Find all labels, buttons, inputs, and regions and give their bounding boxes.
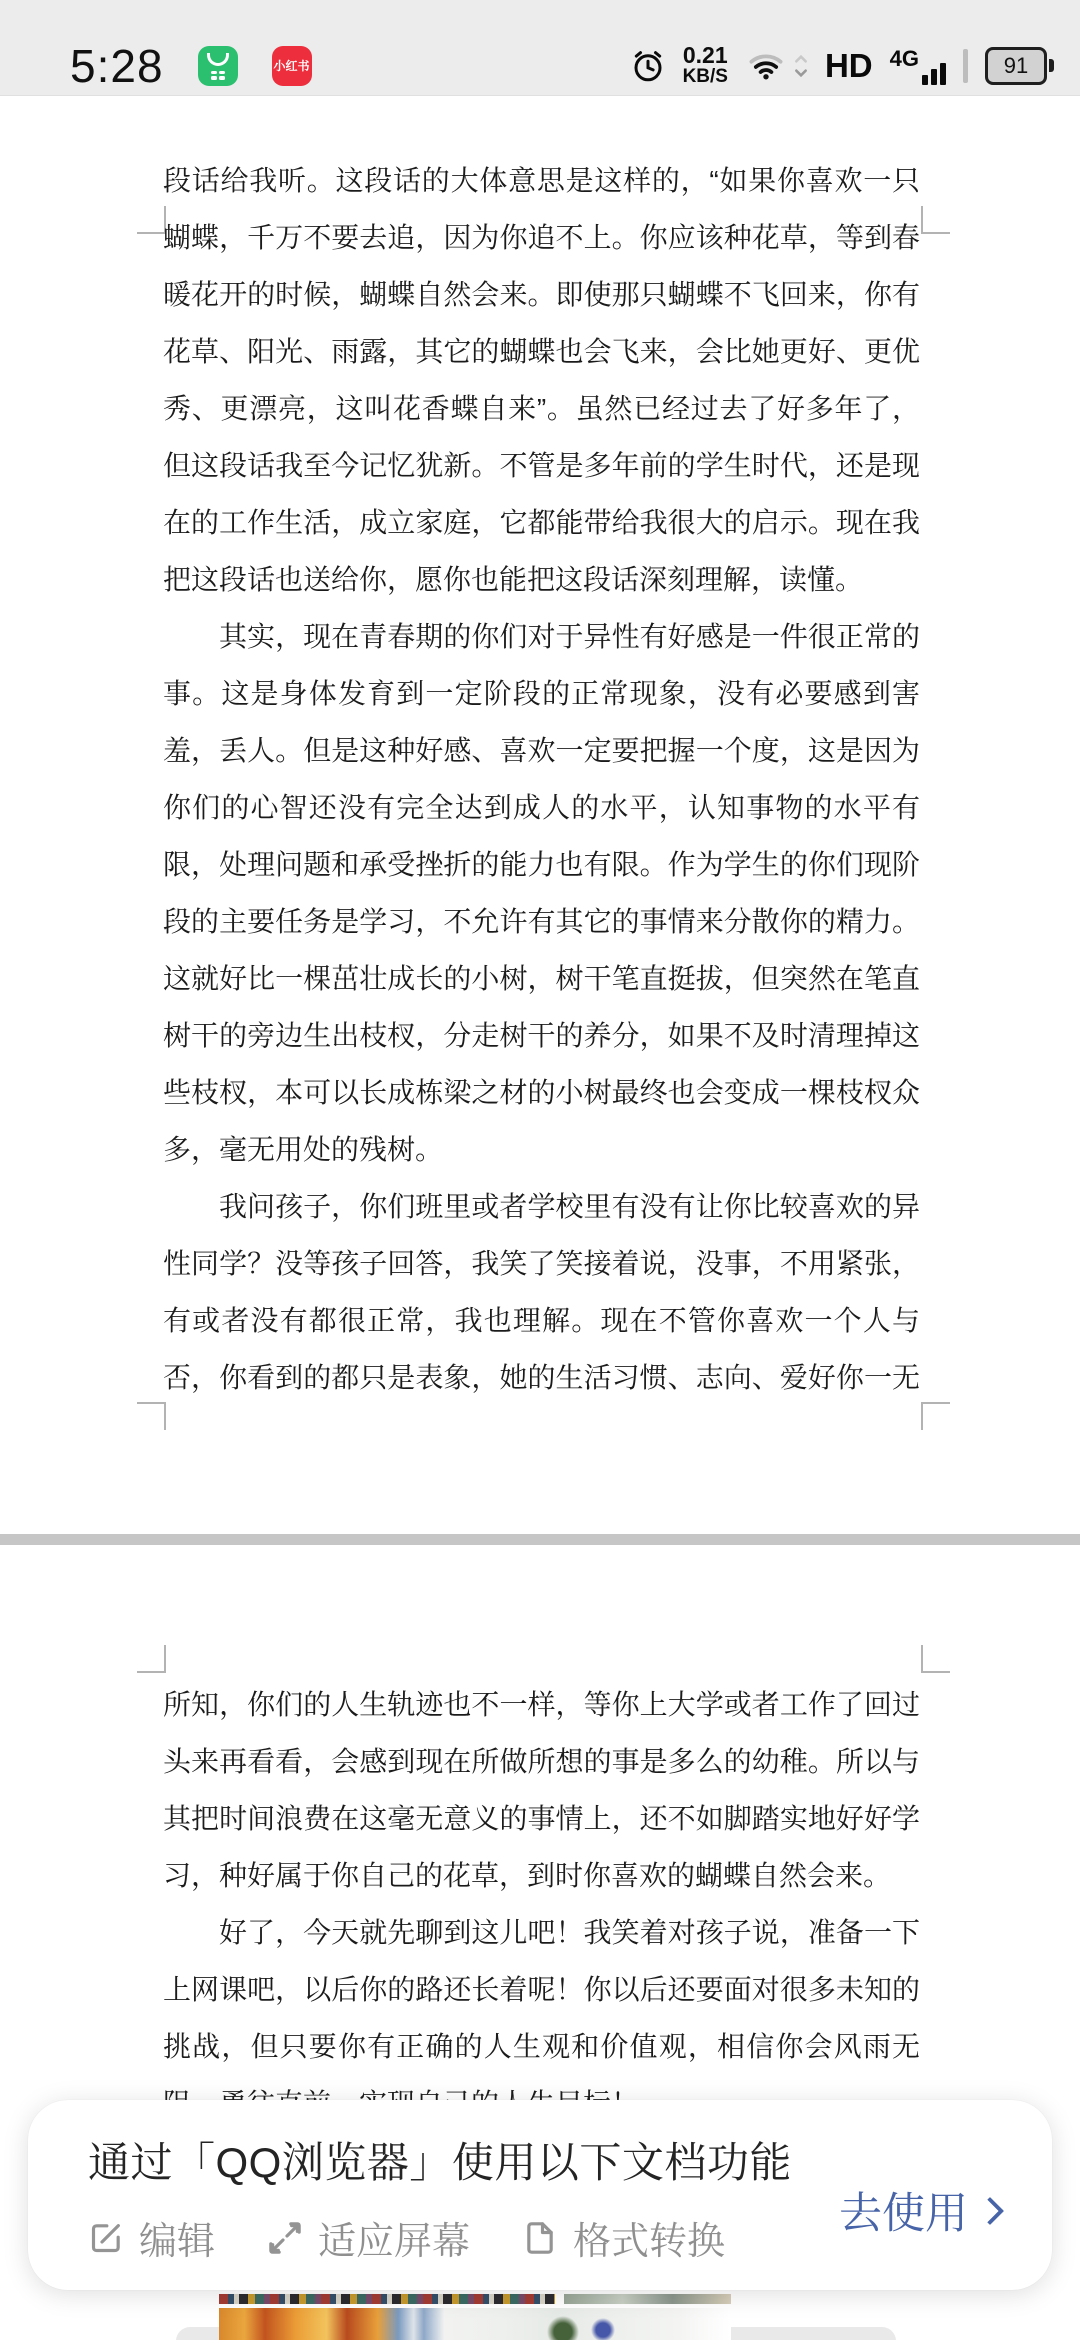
embedded-photo-strip-1 [219,2294,555,2304]
doc-line: 但这段话我至今记忆犹新。不管是多年前的学生时代，还是现 [163,437,920,494]
battery-level: 91 [985,47,1047,85]
format-convert-label: 格式转换 [573,2210,725,2265]
cellular-signal: 4G [890,46,946,85]
edit-label: 编辑 [139,2210,215,2265]
page1-text: 段话给我听。这段话的大体意思是这样的，“如果你喜欢一只蝴蝶，千万不要去追，因为你… [163,152,920,1406]
clock-time: 5:28 [70,39,164,93]
document-page-1: 段话给我听。这段话的大体意思是这样的，“如果你喜欢一只蝴蝶，千万不要去追，因为你… [0,96,1080,1534]
doc-line: 事。这是身体发育到一定阶段的正常现象，没有必要感到害 [163,665,920,722]
doc-line: 蝴蝶，千万不要去追，因为你追不上。你应该种花草，等到春 [163,209,920,266]
battery-nub [1049,59,1054,72]
status-bar: 5:28 小红书 0.21 KB/S [0,0,1080,96]
doc-line: 头来再看看，会感到现在所做所想的事是多么的幼稚。所以与 [163,1733,920,1790]
screen: 5:28 小红书 0.21 KB/S [0,0,1080,2340]
doc-line: 这就好比一棵茁壮成长的小树，树干笔直挺拔，但突然在笔直 [163,950,920,1007]
network-speed: 0.21 KB/S [683,44,728,87]
edit-button[interactable]: 编辑 [86,2210,215,2265]
doc-line: 秀、更漂亮，这叫花香蝶自来”。虽然已经过去了好多年了， [163,380,920,437]
margin-mark-top-left [137,1645,166,1673]
margin-mark-bottom-right [921,1402,950,1430]
doc-line: 我问孩子，你们班里或者学校里有没有让你比较喜欢的异 [163,1178,920,1235]
page-gap [0,1534,1080,1545]
xiaohongshu-notification-icon: 小红书 [272,46,312,86]
sheet-title: 通过「QQ浏览器」使用以下文档功能 [88,2130,792,2190]
doc-line: 有或者没有都很正常，我也理解。现在不管你喜欢一个人与 [163,1292,920,1349]
go-use-button[interactable]: 去使用 [839,2180,1000,2241]
signal-bars-icon [922,63,946,85]
doc-line: 上网课吧，以后你的路还长着呢！你以后还要面对很多未知的 [163,1961,920,2018]
margin-mark-bottom-left [137,1402,166,1430]
doc-line: 把这段话也送给你，愿你也能把这段话深刻理解，读懂。 [163,551,920,608]
feature-row: 编辑 适应屏幕 格式转换 [86,2210,725,2265]
doc-line: 树干的旁边生出枝杈，分走树干的养分，如果不及时清理掉这 [163,1007,920,1064]
margin-mark-top-left [137,206,166,234]
battery-indicator: 91 [985,47,1054,85]
doc-line: 所知，你们的人生轨迹也不一样，等你上大学或者工作了回过 [163,1676,920,1733]
status-bar-right: 0.21 KB/S HD 4G 91 [630,44,1054,87]
wifi-icon [745,47,787,85]
format-convert-button[interactable]: 格式转换 [520,2210,725,2265]
doc-line: 性同学？没等孩子回答，我笑了笑接着说，没事，不用紧张， [163,1235,920,1292]
doc-line: 段的主要任务是学习，不允许有其它的事情来分散你的精力。 [163,893,920,950]
fit-screen-label: 适应屏幕 [318,2210,470,2265]
margin-mark-top-right [921,1645,950,1673]
doc-line: 其实，现在青春期的你们对于异性有好感是一件很正常的 [163,608,920,665]
doc-line: 限，处理问题和承受挫折的能力也有限。作为学生的你们现阶 [163,836,920,893]
page2-text: 所知，你们的人生轨迹也不一样，等你上大学或者工作了回过头来再看看，会感到现在所做… [163,1676,920,2132]
margin-mark-top-right [921,206,950,234]
doc-line: 羞，丢人。但是这种好感、喜欢一定要把握一个度，这是因为 [163,722,920,779]
embedded-photo-strip-2 [564,2294,731,2304]
smile-bag-icon [198,46,238,86]
qq-browser-doc-sheet: 通过「QQ浏览器」使用以下文档功能 去使用 编辑 适应屏幕 [28,2100,1052,2290]
doc-line: 花草、阳光、雨露，其它的蝴蝶也会飞来，会比她更好、更优 [163,323,920,380]
green-app-notification-icon [198,46,238,86]
hd-voice-indicator: HD [825,47,873,85]
chevron-right-icon [976,2196,1004,2224]
embedded-photo-bookshelf-plant [219,2308,731,2340]
format-convert-icon [520,2218,560,2258]
doc-line: 挑战，但只要你有正确的人生观和价值观，相信你会风雨无 [163,2018,920,2075]
doc-line: 些枝杈，本可以长成栋梁之材的小树最终也会变成一棵枝杈众 [163,1064,920,1121]
edit-icon [86,2218,126,2258]
go-use-label: 去使用 [839,2180,968,2241]
doc-line: 习，种好属于你自己的花草，到时你喜欢的蝴蝶自然会来。 [163,1847,920,1904]
doc-line: 多，毫无用处的残树。 [163,1121,920,1178]
doc-line: 你们的心智还没有完全达到成人的水平，认知事物的水平有 [163,779,920,836]
doc-line: 否，你看到的都只是表象，她的生活习惯、志向、爱好你一无 [163,1349,920,1406]
alarm-clock-icon [630,48,666,84]
fit-screen-button[interactable]: 适应屏幕 [265,2210,470,2265]
updown-arrows-icon [794,51,808,81]
doc-line: 暖花开的时候，蝴蝶自然会来。即使那只蝴蝶不飞回来，你有 [163,266,920,323]
network-type-label: 4G [890,46,919,72]
fit-screen-icon [265,2218,305,2258]
doc-line: 其把时间浪费在这毫无意义的事情上，还不如脚踏实地好好学 [163,1790,920,1847]
doc-line: 段话给我听。这段话的大体意思是这样的，“如果你喜欢一只 [163,152,920,209]
sim2-no-signal-icon [963,49,968,83]
doc-line: 在的工作生活，成立家庭，它都能带给我很大的启示。现在我 [163,494,920,551]
doc-line: 好了，今天就先聊到这儿吧！我笑着对孩子说，准备一下 [163,1904,920,1961]
